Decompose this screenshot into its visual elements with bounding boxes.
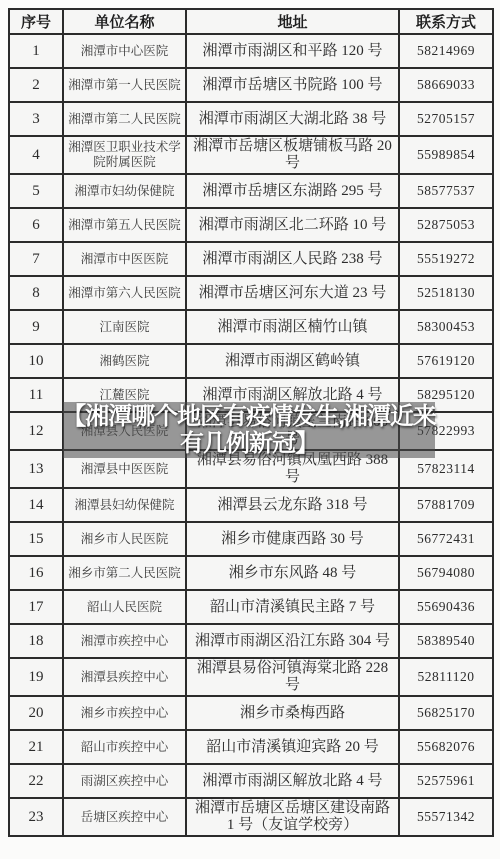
- serial-number-cell: 14: [9, 488, 63, 522]
- address-cell: 湘潭市岳塘区东湖路 295 号: [186, 174, 399, 208]
- phone-cell: 57881709: [399, 488, 493, 522]
- address-cell: 湘潭市雨湖区鹤岭镇: [186, 344, 399, 378]
- table-row: 15湘乡市人民医院湘乡市健康西路 30 号56772431: [9, 522, 493, 556]
- phone-cell: 57619120: [399, 344, 493, 378]
- phone-cell: 55682076: [399, 730, 493, 764]
- header-address: 地址: [186, 9, 399, 34]
- unit-name-cell: 湘潭医卫职业技术学院附属医院: [63, 136, 186, 174]
- unit-name-cell: 湘乡市疾控中心: [63, 696, 186, 730]
- phone-cell: 56794080: [399, 556, 493, 590]
- table-row: 9江南医院湘潭市雨湖区楠竹山镇58300453: [9, 310, 493, 344]
- unit-name-cell: 湘潭市第六人民医院: [63, 276, 186, 310]
- unit-name-cell: 湘潭县疾控中心: [63, 658, 186, 696]
- serial-number-cell: 20: [9, 696, 63, 730]
- serial-number-cell: 5: [9, 174, 63, 208]
- unit-name-cell: 岳塘区疾控中心: [63, 798, 186, 836]
- table-row: 2湘潭市第一人民医院湘潭市岳塘区书院路 100 号58669033: [9, 68, 493, 102]
- table-row: 1湘潭市中心医院湘潭市雨湖区和平路 120 号58214969: [9, 34, 493, 68]
- unit-name-cell: 湘潭市妇幼保健院: [63, 174, 186, 208]
- address-cell: 湘潭县云龙东路 318 号: [186, 488, 399, 522]
- table-row: 7湘潭市中医医院湘潭市雨湖区人民路 238 号55519272: [9, 242, 493, 276]
- serial-number-cell: 10: [9, 344, 63, 378]
- phone-cell: 55571342: [399, 798, 493, 836]
- address-cell: 湘潭县易俗河镇海棠北路 228 号: [186, 658, 399, 696]
- unit-name-cell: 湘潭市中医医院: [63, 242, 186, 276]
- table-row: 16湘乡市第二人民医院湘乡市东风路 48 号56794080: [9, 556, 493, 590]
- serial-number-cell: 18: [9, 624, 63, 658]
- serial-number-cell: 6: [9, 208, 63, 242]
- table-row: 4湘潭医卫职业技术学院附属医院湘潭市岳塘区板塘铺板马路 20 号55989854: [9, 136, 493, 174]
- page: 序号 单位名称 地址 联系方式 1湘潭市中心医院湘潭市雨湖区和平路 120 号5…: [0, 0, 500, 859]
- unit-name-cell: 湘潭市疾控中心: [63, 624, 186, 658]
- phone-cell: 52575961: [399, 764, 493, 798]
- caption-line-1: 【湘潭哪个地区有疫情发生,湘潭近来: [62, 403, 436, 430]
- unit-name-cell: 湘潭市第五人民医院: [63, 208, 186, 242]
- phone-cell: 55989854: [399, 136, 493, 174]
- phone-cell: 58577537: [399, 174, 493, 208]
- address-cell: 湘潭市岳塘区书院路 100 号: [186, 68, 399, 102]
- caption-line-2: 有几例新冠】: [180, 430, 318, 457]
- phone-cell: 58389540: [399, 624, 493, 658]
- address-cell: 湘潭市雨湖区楠竹山镇: [186, 310, 399, 344]
- address-cell: 湘潭市雨湖区人民路 238 号: [186, 242, 399, 276]
- address-cell: 湘潭市岳塘区板塘铺板马路 20 号: [186, 136, 399, 174]
- table-row: 20湘乡市疾控中心湘乡市桑梅西路56825170: [9, 696, 493, 730]
- table-row: 18湘潭市疾控中心湘潭市雨湖区沿江东路 304 号58389540: [9, 624, 493, 658]
- header-unit-name: 单位名称: [63, 9, 186, 34]
- header-serial-number: 序号: [9, 9, 63, 34]
- unit-name-cell: 湘乡市人民医院: [63, 522, 186, 556]
- phone-cell: 52705157: [399, 102, 493, 136]
- serial-number-cell: 23: [9, 798, 63, 836]
- caption-overlay: 【湘潭哪个地区有疫情发生,湘潭近来 有几例新冠】: [63, 402, 435, 458]
- address-cell: 湘潭市雨湖区大湖北路 38 号: [186, 102, 399, 136]
- table-row: 22雨湖区疾控中心湘潭市雨湖区解放北路 4 号52575961: [9, 764, 493, 798]
- serial-number-cell: 11: [9, 378, 63, 412]
- address-cell: 湘乡市桑梅西路: [186, 696, 399, 730]
- serial-number-cell: 2: [9, 68, 63, 102]
- unit-name-cell: 韶山市疾控中心: [63, 730, 186, 764]
- address-cell: 湘乡市健康西路 30 号: [186, 522, 399, 556]
- phone-cell: 55519272: [399, 242, 493, 276]
- address-cell: 韶山市清溪镇民主路 7 号: [186, 590, 399, 624]
- address-cell: 湘乡市东风路 48 号: [186, 556, 399, 590]
- address-cell: 湘潭市雨湖区北二环路 10 号: [186, 208, 399, 242]
- serial-number-cell: 9: [9, 310, 63, 344]
- address-cell: 韶山市清溪镇迎宾路 20 号: [186, 730, 399, 764]
- address-cell: 湘潭市雨湖区和平路 120 号: [186, 34, 399, 68]
- unit-name-cell: 湘乡市第二人民医院: [63, 556, 186, 590]
- address-cell: 湘潭市岳塘区岳塘区建设南路 1 号（友谊学校旁）: [186, 798, 399, 836]
- table-row: 5湘潭市妇幼保健院湘潭市岳塘区东湖路 295 号58577537: [9, 174, 493, 208]
- phone-cell: 56825170: [399, 696, 493, 730]
- phone-cell: 55690436: [399, 590, 493, 624]
- unit-name-cell: 湘潭市第一人民医院: [63, 68, 186, 102]
- unit-name-cell: 湘潭县妇幼保健院: [63, 488, 186, 522]
- phone-cell: 52518130: [399, 276, 493, 310]
- phone-cell: 58669033: [399, 68, 493, 102]
- serial-number-cell: 21: [9, 730, 63, 764]
- unit-name-cell: 韶山人民医院: [63, 590, 186, 624]
- serial-number-cell: 13: [9, 450, 63, 488]
- table-row: 23岳塘区疾控中心湘潭市岳塘区岳塘区建设南路 1 号（友谊学校旁）5557134…: [9, 798, 493, 836]
- table-row: 10湘鹤医院湘潭市雨湖区鹤岭镇57619120: [9, 344, 493, 378]
- serial-number-cell: 12: [9, 412, 63, 450]
- serial-number-cell: 19: [9, 658, 63, 696]
- table-row: 19湘潭县疾控中心湘潭县易俗河镇海棠北路 228 号52811120: [9, 658, 493, 696]
- serial-number-cell: 7: [9, 242, 63, 276]
- unit-name-cell: 湘鹤医院: [63, 344, 186, 378]
- table-row: 6湘潭市第五人民医院湘潭市雨湖区北二环路 10 号52875053: [9, 208, 493, 242]
- unit-name-cell: 湘潭市中心医院: [63, 34, 186, 68]
- address-cell: 湘潭市岳塘区河东大道 23 号: [186, 276, 399, 310]
- serial-number-cell: 22: [9, 764, 63, 798]
- serial-number-cell: 17: [9, 590, 63, 624]
- table-header: 序号 单位名称 地址 联系方式: [9, 9, 493, 34]
- serial-number-cell: 4: [9, 136, 63, 174]
- table-row: 3湘潭市第二人民医院湘潭市雨湖区大湖北路 38 号52705157: [9, 102, 493, 136]
- serial-number-cell: 1: [9, 34, 63, 68]
- phone-cell: 56772431: [399, 522, 493, 556]
- serial-number-cell: 3: [9, 102, 63, 136]
- phone-cell: 52875053: [399, 208, 493, 242]
- serial-number-cell: 8: [9, 276, 63, 310]
- address-cell: 湘潭市雨湖区沿江东路 304 号: [186, 624, 399, 658]
- unit-name-cell: 雨湖区疾控中心: [63, 764, 186, 798]
- address-cell: 湘潭市雨湖区解放北路 4 号: [186, 764, 399, 798]
- unit-name-cell: 江南医院: [63, 310, 186, 344]
- serial-number-cell: 16: [9, 556, 63, 590]
- phone-cell: 58300453: [399, 310, 493, 344]
- phone-cell: 52811120: [399, 658, 493, 696]
- header-contact: 联系方式: [399, 9, 493, 34]
- phone-cell: 58214969: [399, 34, 493, 68]
- table-row: 8湘潭市第六人民医院湘潭市岳塘区河东大道 23 号52518130: [9, 276, 493, 310]
- header-row: 序号 单位名称 地址 联系方式: [9, 9, 493, 34]
- serial-number-cell: 15: [9, 522, 63, 556]
- table-row: 17韶山人民医院韶山市清溪镇民主路 7 号55690436: [9, 590, 493, 624]
- unit-name-cell: 湘潭市第二人民医院: [63, 102, 186, 136]
- table-row: 21韶山市疾控中心韶山市清溪镇迎宾路 20 号55682076: [9, 730, 493, 764]
- table-row: 14湘潭县妇幼保健院湘潭县云龙东路 318 号57881709: [9, 488, 493, 522]
